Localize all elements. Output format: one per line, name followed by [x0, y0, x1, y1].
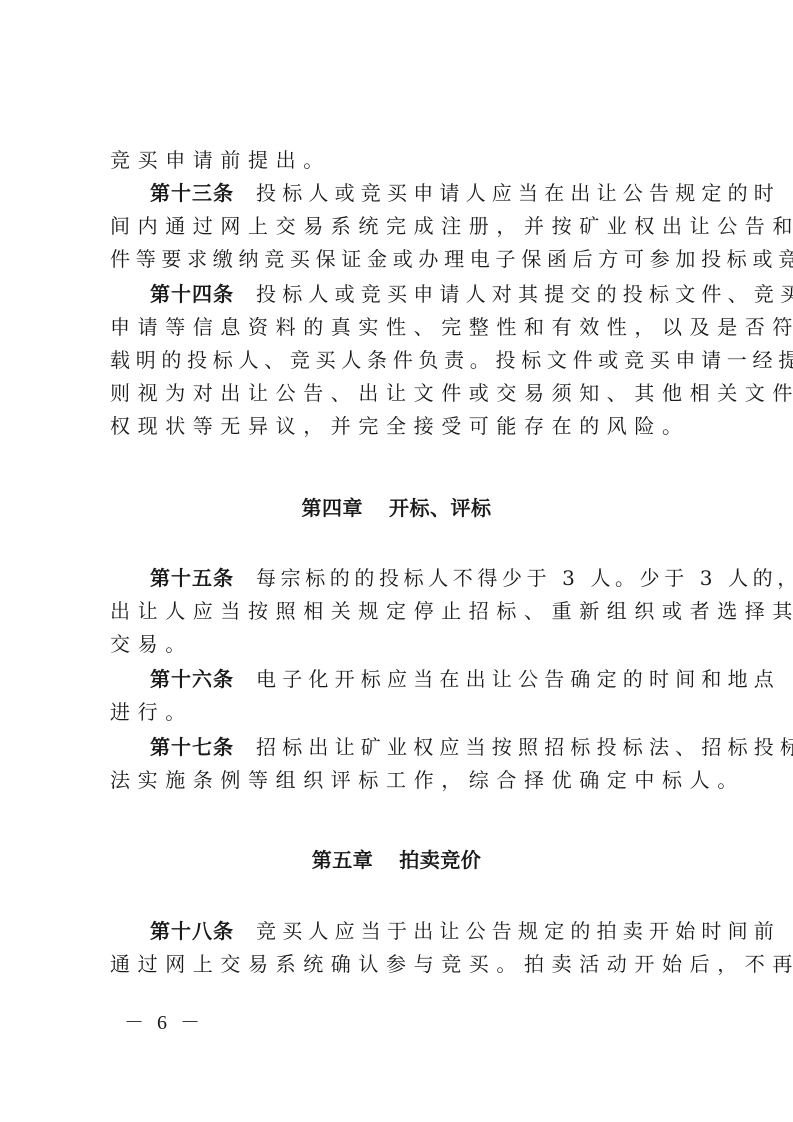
article-number: 第十七条 [150, 735, 234, 759]
article-15-line: 第十五条每宗标的的投标人不得少于 3 人。少于 3 人的， [110, 566, 692, 590]
line-text: 出让人应当按照相关规定停止招标、重新组织或者选择其他方式 [110, 599, 793, 623]
chapter-number: 第四章 [302, 496, 364, 520]
chapter-title: 开标、评标 [389, 496, 492, 520]
chapter-4-heading: 第四章开标、评标 [0, 496, 793, 520]
line-text: 竞买人应当于出让公告规定的拍卖开始时间前 [256, 919, 780, 943]
paragraph-line: 法实施条例等组织评标工作，综合择优确定中标人。 [110, 768, 692, 792]
chapter-number: 第五章 [312, 848, 374, 872]
article-number: 第十五条 [150, 566, 234, 590]
article-17-line: 第十七条招标出让矿业权应当按照招标投标法、招标投标 [110, 735, 692, 759]
line-text: 法实施条例等组织评标工作，综合择优确定中标人。 [110, 768, 745, 792]
line-text: 投标人或竞买申请人对其提交的投标文件、竞买 [256, 282, 793, 306]
article-number: 第十六条 [150, 667, 234, 691]
paragraph-line: 通过网上交易系统确认参与竞买。拍卖活动开始后，不再接受新 [110, 952, 692, 976]
page-number: － 6 － [124, 1006, 204, 1035]
chapter-title: 拍卖竞价 [399, 848, 481, 872]
line-text: 间内通过网上交易系统完成注册，并按矿业权出让公告和出让文 [110, 214, 793, 238]
paragraph-line: 进行。 [110, 700, 692, 724]
paragraph-line: 出让人应当按照相关规定停止招标、重新组织或者选择其他方式 [110, 599, 692, 623]
article-16-line: 第十六条电子化开标应当在出让公告确定的时间和地点 [110, 667, 692, 691]
chapter-5-heading: 第五章拍卖竞价 [0, 848, 793, 872]
paragraph-line: 载明的投标人、竞买人条件负责。投标文件或竞买申请一经提交， [110, 348, 692, 372]
line-text: 载明的投标人、竞买人条件负责。投标文件或竞买申请一经提交， [110, 348, 793, 372]
paragraph-line: 权现状等无异议，并完全接受可能存在的风险。 [110, 414, 692, 438]
line-text: 件等要求缴纳竞买保证金或办理电子保函后方可参加投标或竞买。 [110, 247, 793, 271]
article-number: 第十八条 [150, 919, 234, 943]
paragraph-line: 申请等信息资料的真实性、完整性和有效性，以及是否符合公告 [110, 315, 692, 339]
line-text: 申请等信息资料的真实性、完整性和有效性，以及是否符合公告 [110, 315, 793, 339]
line-text: 投标人或竞买申请人应当在出让公告规定的时 [256, 181, 780, 205]
line-text: 交易。 [110, 632, 193, 656]
paragraph-line: 件等要求缴纳竞买保证金或办理电子保函后方可参加投标或竞买。 [110, 247, 692, 271]
article-number: 第十四条 [150, 282, 234, 306]
article-number: 第十三条 [150, 181, 234, 205]
article-18-line: 第十八条竞买人应当于出让公告规定的拍卖开始时间前 [110, 919, 692, 943]
article-13-line: 第十三条投标人或竞买申请人应当在出让公告规定的时 [110, 181, 692, 205]
line-text: 每宗标的的投标人不得少于 3 人。少于 3 人的， [256, 566, 793, 590]
paragraph-line: 交易。 [110, 632, 692, 656]
line-text: 权现状等无异议，并完全接受可能存在的风险。 [110, 414, 690, 438]
paragraph-line: 间内通过网上交易系统完成注册，并按矿业权出让公告和出让文 [110, 214, 692, 238]
line-text: 招标出让矿业权应当按照招标投标法、招标投标 [256, 735, 793, 759]
line-text: 则视为对出让公告、出让文件或交易须知、其他相关文件和矿业 [110, 381, 793, 405]
line-text: 竞买申请前提出。 [110, 148, 331, 172]
line-text: 电子化开标应当在出让公告确定的时间和地点 [256, 667, 780, 691]
line-text: 通过网上交易系统确认参与竞买。拍卖活动开始后，不再接受新 [110, 952, 793, 976]
article-14-line: 第十四条投标人或竞买申请人对其提交的投标文件、竞买 [110, 282, 692, 306]
paragraph-line: 则视为对出让公告、出让文件或交易须知、其他相关文件和矿业 [110, 381, 692, 405]
line-text: 进行。 [110, 700, 193, 724]
paragraph-line: 竞买申请前提出。 [110, 148, 692, 172]
document-page: 竞买申请前提出。 第十三条投标人或竞买申请人应当在出让公告规定的时 间内通过网上… [0, 0, 793, 1122]
